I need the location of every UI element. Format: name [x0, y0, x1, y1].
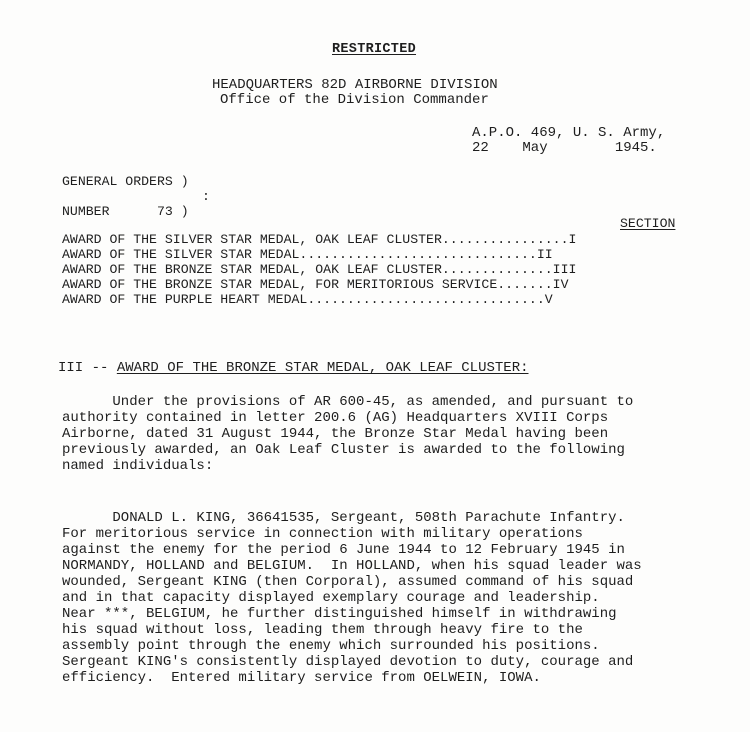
toc-leader-dots: .............................. [307, 292, 544, 307]
general-orders-label: GENERAL ORDERS ) [62, 174, 189, 189]
citation-line: efficiency. Entered military service fro… [62, 670, 642, 686]
citation-line: assembly point through the enemy which s… [62, 638, 642, 654]
toc-item: AWARD OF THE BRONZE STAR MEDAL, FOR MERI… [62, 277, 569, 292]
citation-line: NORMANDY, HOLLAND and BELGIUM. In HOLLAN… [62, 558, 642, 574]
toc-leader-dots: ....... [497, 277, 552, 292]
section-number: III -- [58, 360, 108, 376]
toc-item-title: AWARD OF THE SILVER STAR MEDAL, OAK LEAF… [62, 232, 442, 247]
toc-item: AWARD OF THE PURPLE HEART MEDAL.........… [62, 292, 553, 307]
citation-paragraph: DONALD L. KING, 36641535, Sergeant, 508t… [62, 510, 642, 686]
section-heading: III -- AWARD OF THE BRONZE STAR MEDAL, O… [58, 360, 529, 376]
intro-line: authority contained in letter 200.6 (AG)… [62, 410, 633, 426]
citation-line: Sergeant KING's consistently displayed d… [62, 654, 642, 670]
toc-item: AWARD OF THE BRONZE STAR MEDAL, OAK LEAF… [62, 262, 576, 277]
toc-item-title: AWARD OF THE BRONZE STAR MEDAL, OAK LEAF… [62, 262, 442, 277]
toc-leader-dots: ................ [442, 232, 569, 247]
unit-heading: HEADQUARTERS 82D AIRBORNE DIVISION [212, 77, 498, 93]
intro-paragraph: Under the provisions of AR 600-45, as am… [62, 394, 633, 474]
toc-section-number: V [545, 292, 553, 307]
toc-leader-dots: .............................. [299, 247, 536, 262]
date-line: 22 May 1945. [472, 140, 657, 156]
intro-line: Airborne, dated 31 August 1944, the Bron… [62, 426, 633, 442]
section-title: AWARD OF THE BRONZE STAR MEDAL, OAK LEAF… [117, 360, 529, 376]
toc-item: AWARD OF THE SILVER STAR MEDAL, OAK LEAF… [62, 232, 576, 247]
citation-line: For meritorious service in connection wi… [62, 526, 642, 542]
citation-line: and in that capacity displayed exemplary… [62, 590, 642, 606]
classification-marking: RESTRICTED [332, 42, 416, 57]
toc-item-title: AWARD OF THE PURPLE HEART MEDAL [62, 292, 307, 307]
intro-line: named individuals: [62, 458, 633, 474]
toc-item-title: AWARD OF THE BRONZE STAR MEDAL, FOR MERI… [62, 277, 497, 292]
citation-line: his squad without loss, leading them thr… [62, 622, 642, 638]
apo-line: A.P.O. 469, U. S. Army, [472, 125, 665, 141]
general-orders-number: NUMBER 73 ) [62, 204, 189, 219]
section-column-header: SECTION [620, 216, 675, 231]
citation-line: Near ***, BELGIUM, he further distinguis… [62, 606, 642, 622]
toc-section-number: III [553, 262, 577, 277]
toc-item: AWARD OF THE SILVER STAR MEDAL..........… [62, 247, 553, 262]
citation-line: against the enemy for the period 6 June … [62, 542, 642, 558]
intro-line: previously awarded, an Oak Leaf Cluster … [62, 442, 633, 458]
citation-line: wounded, Sergeant KING (then Corporal), … [62, 574, 642, 590]
general-orders-colon: : [202, 189, 210, 204]
citation-line: DONALD L. KING, 36641535, Sergeant, 508t… [62, 510, 642, 526]
toc-leader-dots: .............. [442, 262, 553, 277]
office-heading: Office of the Division Commander [220, 92, 489, 108]
intro-line: Under the provisions of AR 600-45, as am… [62, 394, 633, 410]
toc-section-number: II [537, 247, 553, 262]
toc-section-number: I [569, 232, 577, 247]
toc-section-number: IV [553, 277, 569, 292]
toc-item-title: AWARD OF THE SILVER STAR MEDAL [62, 247, 299, 262]
